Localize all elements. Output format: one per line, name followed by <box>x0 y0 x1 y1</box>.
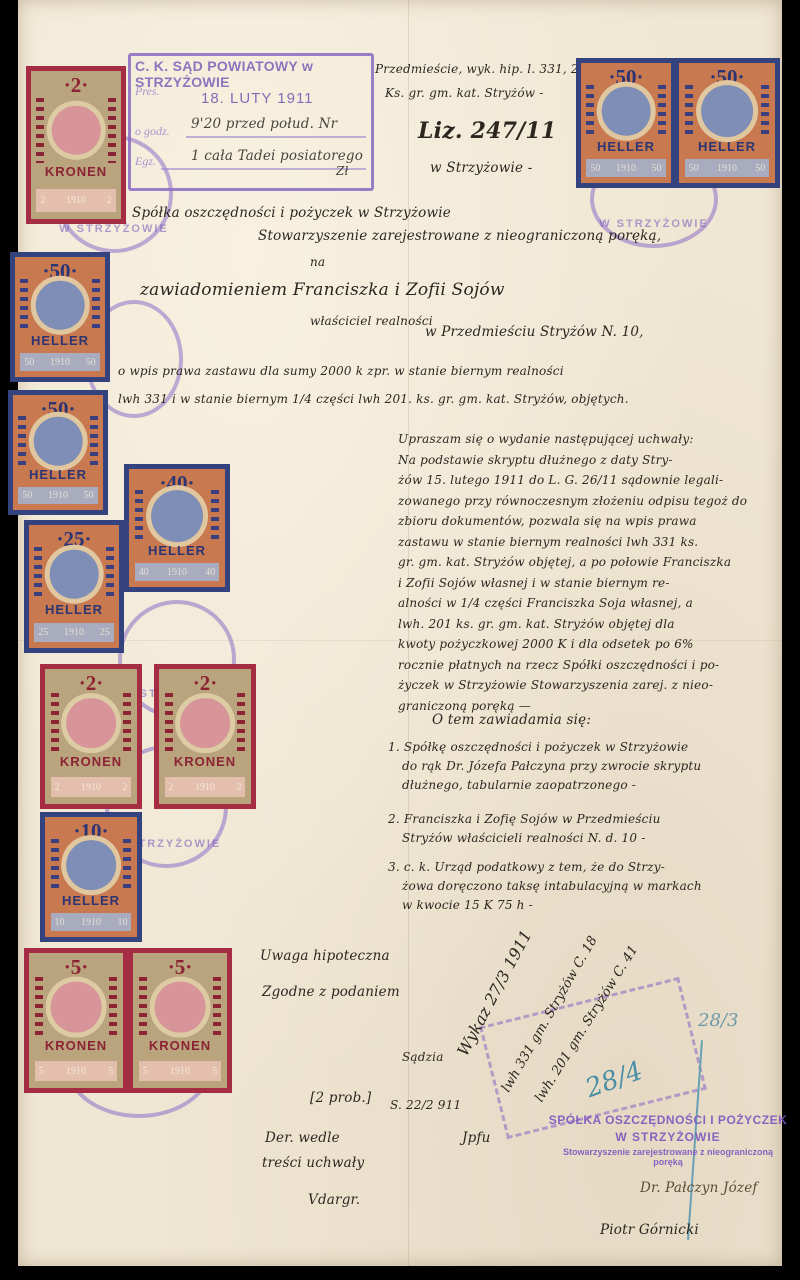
stamp-year-plate: 40191040 <box>135 563 220 581</box>
request-body-line: graniczoną poręką — <box>398 699 531 713</box>
stamp-unit: HELLER <box>581 139 671 154</box>
respondents-address: w Przedmieściu Stryżów N. 10, <box>425 324 644 340</box>
request-body-line: zastawu w stanie biernym realności lwh 3… <box>398 535 698 549</box>
stamp-value: ·2· <box>45 671 137 696</box>
revenue-stamp-10-heller: ·10·HELLER10191010 <box>40 812 142 942</box>
emperor-portrait-icon <box>50 550 99 599</box>
request-body-line: Upraszam się o wydanie następującej uchw… <box>398 432 694 446</box>
stamp-unit: KRONEN <box>133 1038 227 1053</box>
signature-palczyn: Dr. Pałczyn Józef <box>640 1180 758 1196</box>
applicant-name: Spółka oszczędności i pożyczek w Strzyżo… <box>132 205 451 221</box>
receipt-date: 18. LUTY 1911 <box>201 90 314 107</box>
ornament-icon <box>92 279 100 332</box>
hour-label: o godz. <box>135 124 170 139</box>
ornament-icon <box>34 547 42 601</box>
copies-label: Egz. <box>135 154 156 169</box>
ornament-icon <box>135 490 143 542</box>
stamp-year-plate: 10191010 <box>51 913 132 931</box>
ornament-icon <box>109 977 117 1036</box>
emperor-portrait-icon <box>66 698 116 748</box>
against-word: na <box>310 255 325 269</box>
ornament-icon <box>586 85 594 138</box>
ornament-icon <box>165 693 173 752</box>
ornament-icon <box>139 977 147 1036</box>
ornament-icon <box>18 416 26 467</box>
stamp-value: ·2· <box>159 671 251 696</box>
emperor-portrait-icon <box>51 982 102 1033</box>
stamp-unit: HELLER <box>15 333 105 348</box>
revenue-stamp-5-kronen: ·5·KRONEN519105 <box>24 948 128 1093</box>
court-receipt-stamp: C. K. SĄD POWIATOWY w STRZYŻOWIE Pres. 1… <box>128 53 374 191</box>
stamp-year-plate: 50191050 <box>685 159 770 177</box>
court-stamp-header: C. K. SĄD POWIATOWY w STRZYŻOWIE <box>135 58 371 90</box>
request-body-line: Na podstawie skryptu dłużnego z daty Str… <box>398 453 673 467</box>
revenue-stamp-5-kronen: ·5·KRONEN519105 <box>128 948 232 1093</box>
stamp-unit: HELLER <box>45 893 137 908</box>
stamp-value: ·25· <box>29 527 119 552</box>
stamp-value: ·2· <box>31 73 121 98</box>
emperor-portrait-icon <box>155 982 206 1033</box>
ornament-icon <box>51 839 59 892</box>
request-body-line: gr. gm. kat. Stryżów objętej, a po połow… <box>398 555 731 569</box>
subject-line-1: o wpis prawa zastawu dla sumy 2000 k zpr… <box>118 364 564 378</box>
mortgage-note: Uwaga hipoteczna <box>260 948 390 964</box>
court-addressee: w Strzyżowie - <box>430 160 532 176</box>
ornament-icon <box>36 98 44 163</box>
notify-item-line: w kwocie 15 K 75 h - <box>402 898 533 912</box>
stamp-year-plate: 219102 <box>165 777 246 797</box>
page-mark: Zł <box>336 164 349 178</box>
clerk-signature: Vdargr. <box>308 1192 360 1208</box>
stamp-year-plate: 219102 <box>51 777 132 797</box>
revenue-stamp-50-heller: ·50·HELLER50191050 <box>576 58 676 188</box>
ornament-icon <box>123 693 131 752</box>
ornament-icon <box>211 490 219 542</box>
request-body-line: zowanego przy równoczesnym złożeniu odpi… <box>398 494 747 508</box>
heading-registry-line: Przedmieście, wyk. hip. l. 331, 201 <box>375 62 594 76</box>
ornament-icon <box>685 85 693 138</box>
request-body-line: i Zofii Sojów własnej i w stanie biernym… <box>398 576 670 590</box>
stamp-unit: HELLER <box>29 602 119 617</box>
stamp-unit: KRONEN <box>31 164 121 179</box>
notify-item-line: 2. Franciszka i Zofię Sojów w Przedmieśc… <box>388 812 661 826</box>
disposition-line-2: treści uchwały <box>262 1155 364 1171</box>
ornament-icon <box>213 977 221 1036</box>
stamp-value: ·5· <box>29 955 123 980</box>
revenue-stamp-40-heller: ·40·HELLER40191040 <box>124 464 230 592</box>
bank-name: SPÓŁKA OSZCZĘDNOŚCI I POŻYCZEK <box>548 1113 788 1127</box>
respondents: zawiadomieniem Franciszka i Zofii Sojów <box>140 280 505 300</box>
ornament-icon <box>90 416 98 467</box>
stamp-year-plate: 50191050 <box>18 487 97 504</box>
copies-text: 1 cała Tadei posiatorego <box>191 148 363 164</box>
fold-line <box>408 0 409 1266</box>
stamp-value: ·5· <box>133 955 227 980</box>
revenue-stamp-50-heller: ·50·HELLER50191050 <box>674 58 780 188</box>
ornament-icon <box>106 547 114 601</box>
ornament-icon <box>51 693 59 752</box>
notify-item-line: 3. c. k. Urząd podatkowy z tem, że do St… <box>388 860 665 874</box>
emperor-portrait-icon <box>602 87 651 136</box>
emperor-portrait-icon <box>34 417 83 466</box>
hour-text: 9'20 przed połud. Nr <box>191 116 337 132</box>
request-body-line: życzek w Strzyżowie Stowarzyszenia zarej… <box>398 678 713 692</box>
conformity-note: Zgodne z podaniem <box>262 984 400 1000</box>
emperor-portrait-icon <box>66 840 116 890</box>
bank-town: W STRZYŻOWIE <box>548 1130 788 1144</box>
revenue-stamp-2-kronen: ·2·KRONEN219102 <box>40 664 142 809</box>
notify-item-line: do rąk Dr. Józefa Pałczyna przy zwrocie … <box>402 759 701 773</box>
stamp-unit: KRONEN <box>159 754 251 769</box>
respondents-role: właściciel realności <box>310 314 433 328</box>
stamp-year-plate: 519105 <box>139 1061 222 1081</box>
seal-text: W STRZYŻOWIE <box>59 223 169 235</box>
blue-date-1: 28/3 <box>698 1010 738 1031</box>
request-body-line: lwh. 201 ks. gr. gm. kat. Stryżów objęte… <box>398 617 675 631</box>
ornament-icon <box>658 85 666 138</box>
ornament-icon <box>237 693 245 752</box>
stamp-unit: KRONEN <box>45 754 137 769</box>
emperor-portrait-icon <box>151 490 203 542</box>
bracket-note: [2 prob.] <box>310 1090 371 1106</box>
emperor-portrait-icon <box>180 698 230 748</box>
pres-label: Pres. <box>135 84 160 99</box>
stamp-year-plate: 519105 <box>35 1061 118 1081</box>
ornament-icon <box>123 839 131 892</box>
request-body-line: alności w 1/4 części Franciszka Soja wła… <box>398 596 693 610</box>
ornament-icon <box>20 279 28 332</box>
request-body-line: żów 15. lutego 1911 do L. G. 26/11 sądow… <box>398 473 723 487</box>
stamp-year-plate: 219102 <box>36 189 115 211</box>
stamp-year-plate: 50191050 <box>586 159 665 177</box>
ornament-icon <box>761 85 769 138</box>
judge-initials: Sądzia <box>402 1050 444 1064</box>
bank-status: Stowarzyszenie zarejestrowane z nieogran… <box>548 1147 788 1167</box>
notify-item-line: żowa doręczono taksę intabulacyjną w mar… <box>402 879 702 893</box>
applicant-status: Stowarzyszenie zarejestrowane z nieogran… <box>258 228 661 244</box>
stamp-year-plate: 50191050 <box>20 353 99 371</box>
stamp-unit: HELLER <box>13 467 103 482</box>
disposition-line-1: Der. wedle <box>265 1130 340 1146</box>
request-body-line: rocznie płatnych na rzecz Spółki oszczęd… <box>398 658 719 672</box>
stamp-unit: HELLER <box>129 543 225 558</box>
emperor-portrait-icon <box>52 106 101 155</box>
session-ref: S. 22/2 911 <box>390 1098 461 1112</box>
notify-item-line: Stryżów właścicieli realności N. d. 10 - <box>402 831 646 845</box>
emperor-portrait-icon <box>36 281 85 330</box>
revenue-stamp-50-heller: ·50·HELLER50191050 <box>10 252 110 382</box>
signature-gornicki: Piotr Górnicki <box>600 1222 699 1238</box>
heading-cadastral-line: Ks. gr. gm. kat. Stryżów - <box>385 86 544 100</box>
revenue-stamp-2-kronen: ·2·KRONEN219102 <box>154 664 256 809</box>
notify-item-line: dłużnego, tabularnie zaopatrzonego - <box>402 778 636 792</box>
revenue-stamp-50-heller: ·50·HELLER50191050 <box>8 390 108 515</box>
stamp-year-plate: 25191025 <box>34 623 113 641</box>
revenue-stamp-25-heller: ·25·HELLER25191025 <box>24 520 124 653</box>
bank-stamp: SPÓŁKA OSZCZĘDNOŚCI I POŻYCZEK W STRZYŻO… <box>548 1113 788 1167</box>
file-number: Liz. 247/11 <box>418 118 556 144</box>
ornament-icon <box>35 977 43 1036</box>
request-body-line: kwoty pożyczkowej 2000 K i dla odsetek p… <box>398 637 694 651</box>
revenue-stamp-2-kronen: ·2·KRONEN219102 <box>26 66 126 224</box>
footnote-signature: Jpfu <box>462 1130 491 1146</box>
subject-line-2: lwh 331 i w stanie biernym 1/4 części lw… <box>118 392 629 406</box>
notify-item-line: 1. Spółkę oszczędności i pożyczek w Strz… <box>388 740 688 754</box>
emperor-portrait-icon <box>701 85 753 137</box>
stamp-unit: KRONEN <box>29 1038 123 1053</box>
stamp-unit: HELLER <box>679 139 775 154</box>
request-body-line: zbioru dokumentów, pozwala się na wpis p… <box>398 514 697 528</box>
notify-heading: O tem zawiadamia się: <box>432 712 591 728</box>
ornament-icon <box>108 98 116 163</box>
